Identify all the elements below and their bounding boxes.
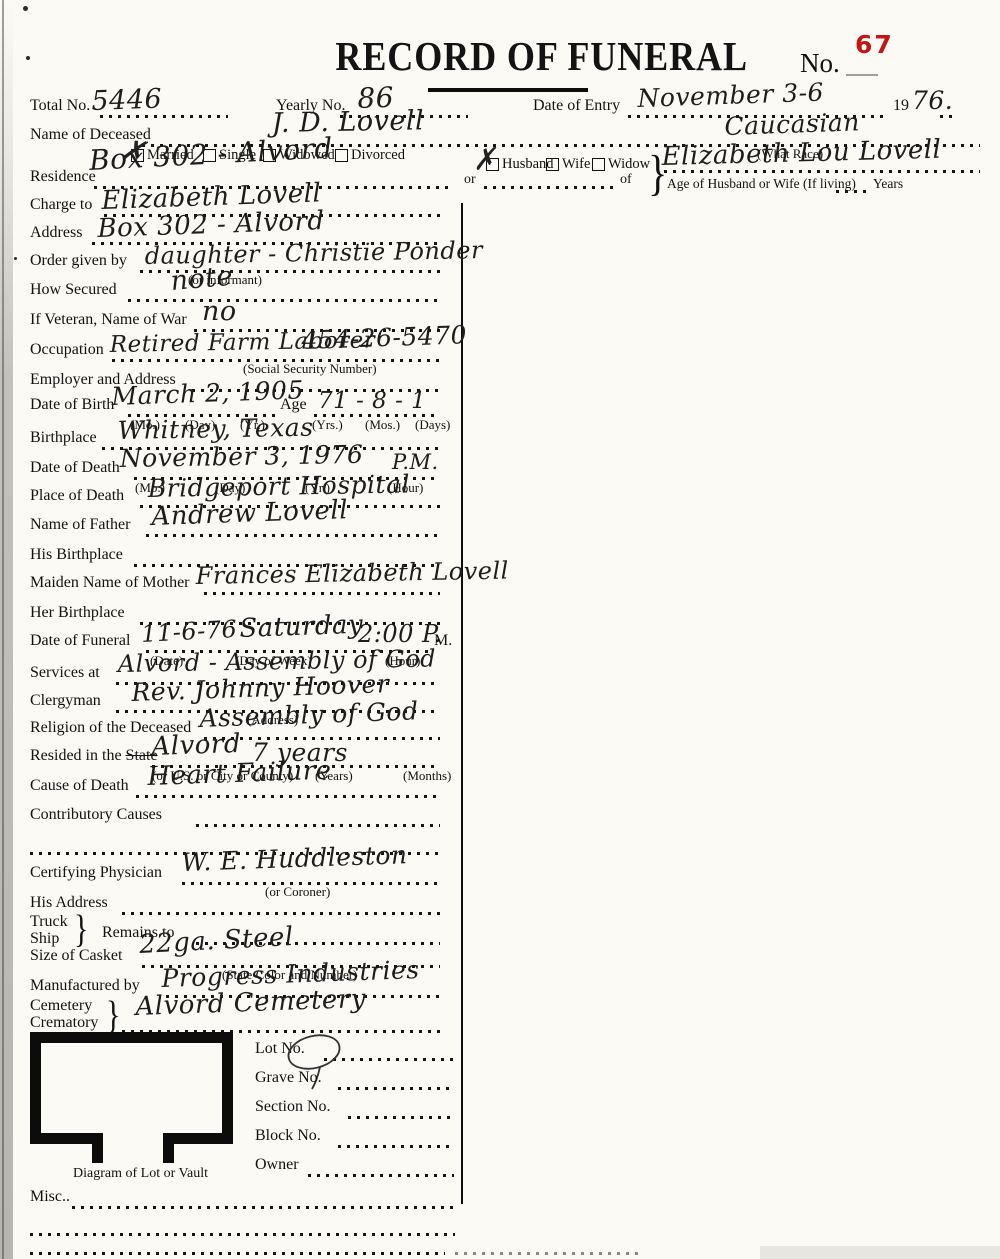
mother-label: Maiden Name of Mother <box>30 574 190 592</box>
ship-label: Ship <box>30 930 59 948</box>
size-of-casket-label: Size of Casket <box>30 947 122 965</box>
year-prefix: 19 <box>893 97 909 115</box>
resided-place-value: Alvord <box>151 729 242 762</box>
place-of-death-label: Place of Death <box>30 487 124 505</box>
scan-speck <box>14 257 17 260</box>
date-of-birth-value: March 2, 1905 <box>111 375 304 411</box>
record-of-funeral-document: RECORD OF FUNERAL No. 67 Total No. 5446 … <box>0 0 1000 1259</box>
dotted-line <box>128 299 440 302</box>
record-number-blank <box>846 74 878 76</box>
dotted-line <box>348 1116 456 1119</box>
mos-sublabel: (Mos.) <box>365 417 400 433</box>
contributory-causes-label: Contributory Causes <box>30 806 162 824</box>
funeral-date-value: 11-6-76 <box>141 615 238 648</box>
dotted-line <box>30 1252 445 1255</box>
scan-smudge <box>760 1246 1000 1259</box>
dotted-line <box>30 1233 455 1236</box>
certifying-physician-label: Certifying Physician <box>30 864 162 882</box>
total-no-label: Total No. <box>30 97 90 115</box>
dotted-line <box>146 534 440 537</box>
birthplace-label: Birthplace <box>30 429 97 447</box>
spouse-name-value: Elizabeth Lou Lovell <box>661 135 942 172</box>
resided-label: Resided in the State <box>30 747 158 765</box>
owner-label: Owner <box>255 1156 299 1174</box>
residence-label: Residence <box>30 168 96 186</box>
ssn-sublabel: (Social Security Number) <box>243 361 377 377</box>
title-underline <box>428 88 588 92</box>
dotted-line <box>484 186 616 189</box>
dotted-line <box>308 1174 454 1177</box>
crematory-label: Crematory <box>30 1014 98 1032</box>
truck-label: Truck <box>30 913 68 931</box>
dotted-line <box>338 1145 454 1148</box>
her-birthplace-label: Her Birthplace <box>30 604 125 622</box>
funeral-m-label: M. <box>434 632 452 650</box>
months-sublabel: (Months) <box>403 768 451 784</box>
or-coroner-sublabel: (or Coroner) <box>265 884 330 900</box>
page-title: RECORD OF FUNERAL <box>335 32 634 80</box>
cause-of-death-value: Heart Failure <box>147 756 332 792</box>
veteran-war-value: no <box>202 296 237 327</box>
dotted-line <box>136 795 440 798</box>
record-number-value: 67 <box>855 30 894 59</box>
spouse-age-label: Age of Husband or Wife (If living) <box>667 176 856 192</box>
order-given-by-label: Order given by <box>30 252 127 270</box>
total-no-value: 5446 <box>91 84 163 117</box>
charge-to-label: Charge to <box>30 196 92 214</box>
yrs-sublabel: (Yrs.) <box>312 417 343 433</box>
scan-speck <box>23 6 28 11</box>
checkbox-widow-label: Widow <box>608 156 650 173</box>
age-label: Age <box>280 396 307 414</box>
checkbox-wife[interactable] <box>546 158 559 171</box>
cause-of-death-label: Cause of Death <box>30 777 129 795</box>
date-of-entry-value: November 3-6 <box>637 78 824 113</box>
funeral-day-value: Saturday <box>239 610 364 644</box>
column-divider <box>461 203 463 1204</box>
dotted-line <box>204 592 440 595</box>
checkbox-divorced[interactable] <box>335 149 348 162</box>
or-label: or <box>464 172 476 188</box>
misc-label: Misc.. <box>30 1188 70 1206</box>
manufactured-by-label: Manufactured by <box>30 977 140 995</box>
ssn-value: 454-26-5470 <box>301 320 467 355</box>
truck-ship-brace: } <box>74 908 88 952</box>
date-of-funeral-label: Date of Funeral <box>30 632 130 650</box>
father-label: Name of Father <box>30 516 130 534</box>
checkbox-divorced-label: Divorced <box>351 147 405 164</box>
dotted-line <box>72 1206 458 1209</box>
date-of-entry-label: Date of Entry <box>533 97 620 115</box>
grave-no-label: Grave No. <box>255 1069 322 1087</box>
years-label: Years <box>873 176 903 192</box>
mother-value: Frances Elizabeth Lovell <box>196 557 510 590</box>
lot-diagram <box>30 1032 234 1166</box>
dotted-line <box>940 115 956 118</box>
diagram-caption: Diagram of Lot or Vault <box>73 1166 208 1182</box>
dotted-line <box>196 824 440 827</box>
his-birthplace-label: His Birthplace <box>30 546 123 564</box>
age-value: 71 - 8 - 1 <box>318 388 426 414</box>
block-no-label: Block No. <box>255 1127 321 1145</box>
clergyman-label: Clergyman <box>30 692 101 710</box>
how-secured-label: How Secured <box>30 281 117 299</box>
of-label: of <box>620 172 632 188</box>
cemetery-label: Cemetery <box>30 997 92 1015</box>
dotted-line <box>122 912 440 915</box>
how-secured-value: note <box>169 261 234 297</box>
services-at-label: Services at <box>30 664 100 682</box>
date-of-birth-label: Date of Birth <box>30 396 114 414</box>
scan-speck <box>26 56 30 60</box>
race-value: Caucasian <box>724 107 860 141</box>
address-label: Address <box>30 224 82 242</box>
religion-value: Assembly of God <box>199 696 419 733</box>
father-value: Andrew Lovell <box>151 495 349 532</box>
scan-edge-line <box>2 0 4 1259</box>
year-value: 76. <box>912 86 953 115</box>
checkbox-widow[interactable] <box>592 158 605 171</box>
his-address-label: His Address <box>30 894 108 912</box>
date-of-death-label: Date of Death <box>30 459 120 477</box>
occupation-label: Occupation <box>30 341 104 359</box>
dotted-line <box>455 1252 640 1255</box>
date-of-death-value: November 3, 1976 <box>119 440 363 473</box>
section-no-label: Section No. <box>255 1098 331 1116</box>
certifying-physician-value: W. E. Huddleston <box>181 840 408 877</box>
dotted-line <box>836 190 870 193</box>
record-number-label: No. <box>800 48 840 79</box>
days-sublabel: (Days) <box>415 417 450 433</box>
dotted-line <box>338 1087 454 1090</box>
veteran-war-label: If Veteran, Name of War <box>30 311 187 329</box>
checkbox-wife-label: Wife <box>562 156 590 173</box>
